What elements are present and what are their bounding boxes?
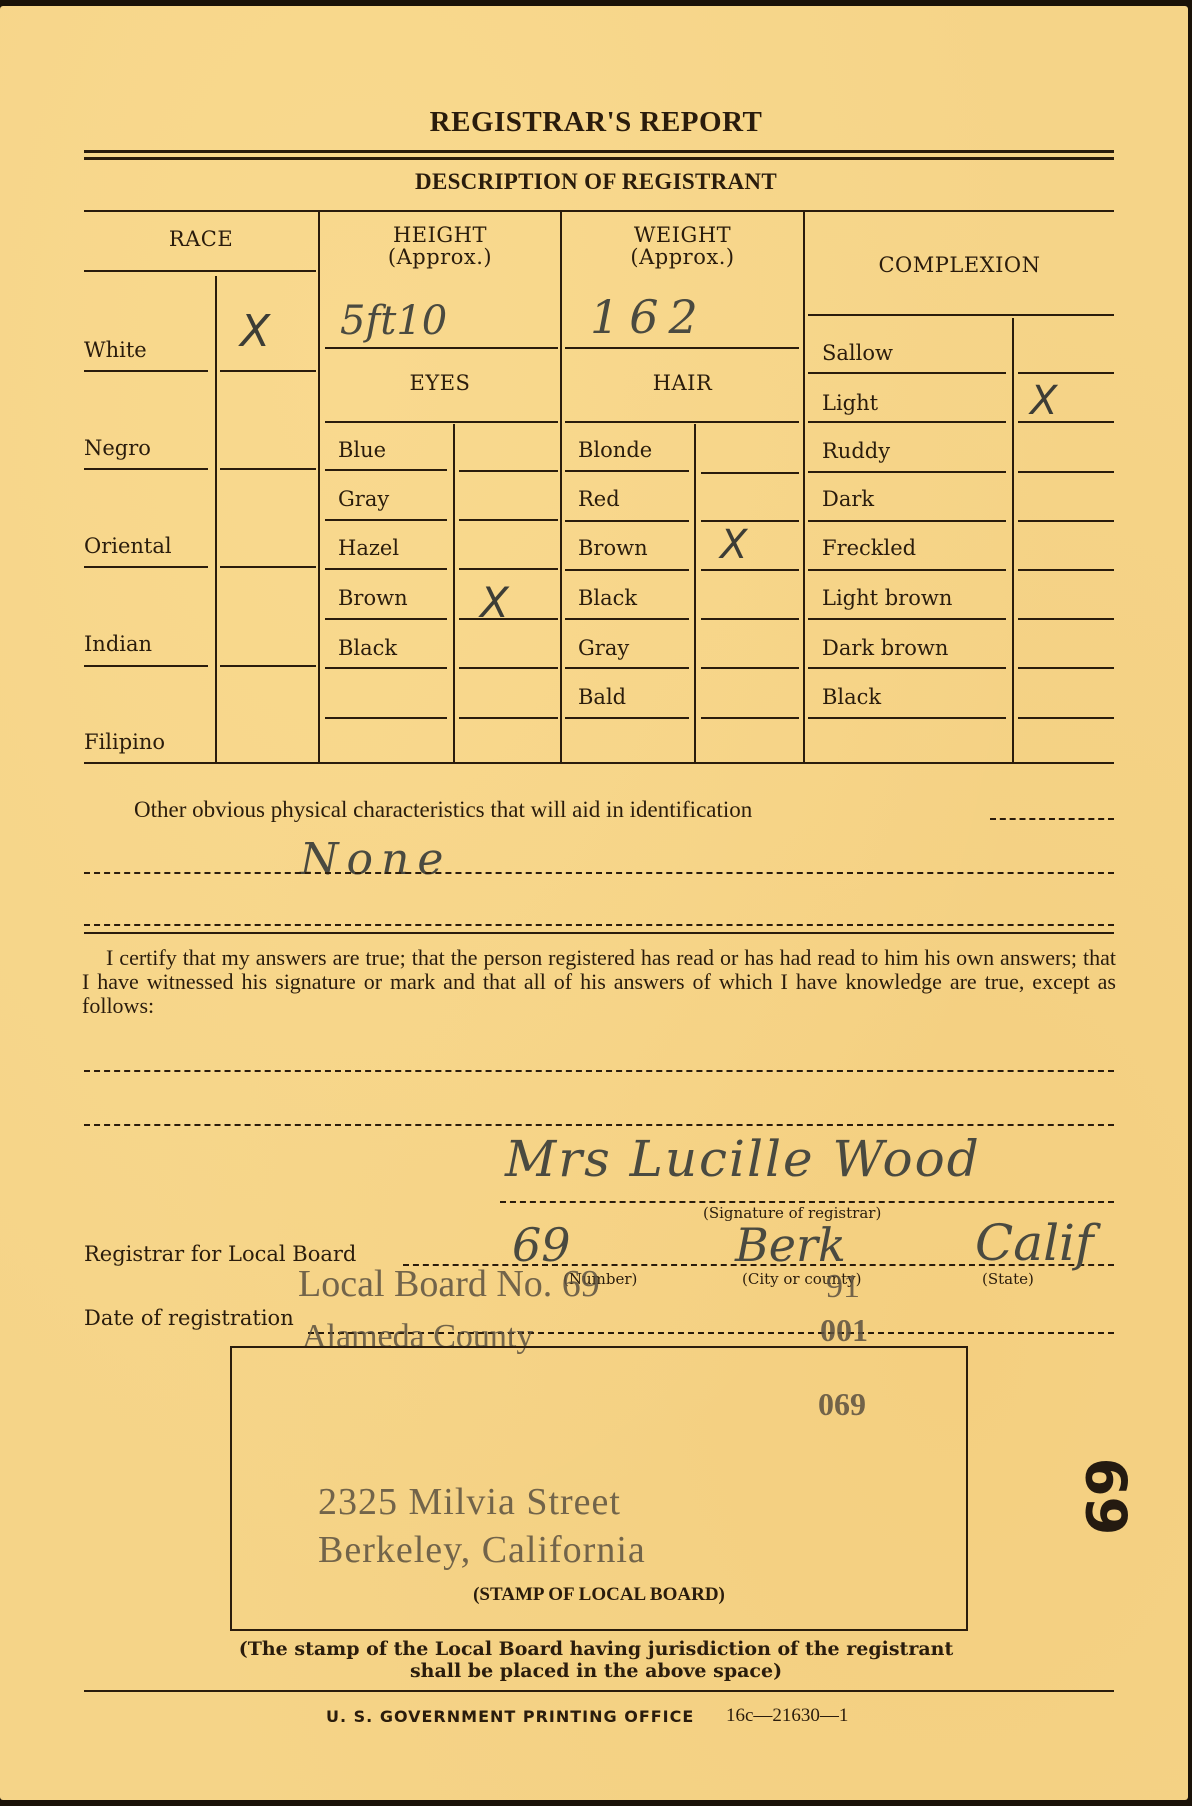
row-rule bbox=[808, 471, 1006, 473]
complexion-heading: COMPLEXION bbox=[805, 254, 1114, 276]
characteristics-dash-3 bbox=[84, 924, 1114, 926]
row-rule bbox=[220, 665, 316, 667]
race-option-negro: Negro bbox=[84, 436, 151, 460]
row-rule bbox=[1018, 471, 1114, 473]
eyes-option-blue: Blue bbox=[338, 438, 386, 462]
row-rule bbox=[84, 468, 208, 470]
hair-checkmark: X bbox=[720, 522, 747, 568]
weight-heading-label: WEIGHT bbox=[562, 224, 803, 246]
row-rule bbox=[808, 618, 1006, 620]
characteristics-value[interactable]: None bbox=[300, 834, 451, 885]
stamp-note: (The stamp of the Local Board having jur… bbox=[0, 1638, 1192, 1682]
row-rule bbox=[459, 717, 558, 719]
eyes-checkmark: X bbox=[480, 578, 509, 627]
weight-value: 162 bbox=[590, 290, 708, 344]
hair-heading: HAIR bbox=[562, 372, 803, 394]
race-option-white: White bbox=[84, 338, 147, 362]
stamp-address-line2: Berkeley, California bbox=[318, 1528, 646, 1572]
row-rule bbox=[565, 520, 689, 522]
row-rule bbox=[220, 468, 316, 470]
local-board-stamp: Local Board No. 69 bbox=[298, 1262, 600, 1306]
row-rule bbox=[325, 519, 447, 521]
date-label: Date of registration bbox=[84, 1306, 294, 1330]
race-heading: RACE bbox=[84, 228, 318, 250]
row-rule bbox=[565, 667, 689, 669]
eyes-option-hazel: Hazel bbox=[338, 536, 399, 560]
row-rule bbox=[325, 618, 447, 620]
height-value: 5ft10 bbox=[340, 298, 447, 344]
row-rule bbox=[1018, 520, 1114, 522]
row-rule bbox=[565, 569, 689, 571]
table-top-rule bbox=[84, 210, 1114, 212]
row-rule bbox=[808, 667, 1006, 669]
eyes-mark-divider bbox=[453, 424, 455, 762]
height-rule bbox=[325, 347, 558, 349]
hair-heading-rule bbox=[565, 421, 799, 423]
race-option-indian: Indian bbox=[84, 632, 152, 656]
row-rule bbox=[701, 472, 799, 474]
row-rule bbox=[808, 421, 1006, 423]
row-rule bbox=[325, 568, 447, 570]
row-rule bbox=[808, 717, 1006, 719]
stamp-box: 069 2325 Milvia Street Berkeley, Califor… bbox=[230, 1346, 968, 1631]
height-heading: HEIGHT (Approx.) bbox=[320, 224, 560, 268]
stamp-note-line2: shall be placed in the above space) bbox=[0, 1660, 1192, 1682]
stamp-code-069: 069 bbox=[818, 1386, 866, 1423]
stamp-box-caption: (STAMP OF LOCAL BOARD) bbox=[232, 1584, 966, 1606]
table-bottom-rule bbox=[84, 762, 1114, 764]
complexion-option-ruddy: Ruddy bbox=[822, 439, 890, 463]
row-rule bbox=[84, 665, 208, 667]
stamp-address-line1: 2325 Milvia Street bbox=[318, 1480, 621, 1524]
race-option-filipino: Filipino bbox=[84, 730, 165, 754]
eyes-heading-rule bbox=[325, 421, 558, 423]
side-number: 69 bbox=[1072, 1458, 1137, 1536]
row-rule bbox=[1018, 618, 1114, 620]
title-rule-bottom bbox=[84, 157, 1114, 160]
signature-line bbox=[500, 1201, 1114, 1203]
weight-heading: WEIGHT (Approx.) bbox=[562, 224, 803, 268]
hair-mark-divider bbox=[694, 424, 696, 762]
footer-printer: U. S. GOVERNMENT PRINTING OFFICE bbox=[326, 1707, 694, 1726]
characteristics-dash-2 bbox=[84, 872, 1114, 874]
complexion-option-light-brown: Light brown bbox=[822, 586, 952, 610]
footer-rule bbox=[84, 1690, 1114, 1692]
hair-option-bald: Bald bbox=[578, 685, 626, 709]
exceptions-dash-2 bbox=[84, 1124, 1114, 1126]
complexion-option-black: Black bbox=[822, 685, 881, 709]
complexion-heading-rule bbox=[808, 314, 1114, 316]
state-caption: (State) bbox=[982, 1270, 1034, 1288]
row-rule bbox=[808, 372, 1006, 374]
height-heading-label: HEIGHT bbox=[320, 224, 560, 246]
race-checkmark: X bbox=[240, 306, 270, 357]
row-rule bbox=[701, 717, 799, 719]
row-rule bbox=[84, 566, 208, 568]
row-rule bbox=[565, 470, 689, 472]
row-rule bbox=[220, 566, 316, 568]
row-rule bbox=[808, 520, 1006, 522]
row-rule bbox=[701, 569, 799, 571]
row-rule bbox=[1018, 717, 1114, 719]
row-rule bbox=[701, 667, 799, 669]
complexion-checkmark: X bbox=[1030, 378, 1057, 424]
section-rule bbox=[84, 932, 1114, 934]
hair-option-red: Red bbox=[578, 487, 620, 511]
row-rule bbox=[808, 569, 1006, 571]
stamp-code-91: 91 bbox=[826, 1268, 860, 1306]
row-rule bbox=[459, 470, 558, 472]
row-rule bbox=[325, 469, 447, 471]
complexion-option-sallow: Sallow bbox=[822, 341, 893, 365]
complexion-mark-divider bbox=[1012, 318, 1014, 762]
complexion-option-dark-brown: Dark brown bbox=[822, 636, 948, 660]
row-rule bbox=[565, 618, 689, 620]
state-value[interactable]: Calif bbox=[975, 1214, 1094, 1272]
race-mark-divider bbox=[215, 276, 217, 762]
divider-height-weight bbox=[560, 210, 562, 762]
characteristics-label: Other obvious physical characteristics t… bbox=[134, 798, 752, 822]
row-rule bbox=[325, 717, 447, 719]
row-rule bbox=[84, 370, 208, 372]
eyes-heading: EYES bbox=[320, 372, 560, 394]
race-heading-rule bbox=[84, 270, 316, 272]
hair-option-brown: Brown bbox=[578, 536, 648, 560]
hair-option-gray: Gray bbox=[578, 636, 629, 660]
hair-option-blonde: Blonde bbox=[578, 438, 652, 462]
row-rule bbox=[701, 520, 799, 522]
race-option-oriental: Oriental bbox=[84, 534, 172, 558]
registrar-signature[interactable]: Mrs Lucille Wood bbox=[505, 1130, 981, 1188]
stamp-code-001: 001 bbox=[820, 1312, 868, 1349]
weight-heading-sub: (Approx.) bbox=[562, 246, 803, 268]
row-rule bbox=[325, 667, 447, 669]
row-rule bbox=[565, 717, 689, 719]
row-rule bbox=[459, 519, 558, 521]
row-rule bbox=[459, 667, 558, 669]
registrar-report-card: REGISTRAR'S REPORT DESCRIPTION OF REGIST… bbox=[0, 6, 1188, 1800]
footer-form-code: 16c—21630—1 bbox=[726, 1705, 848, 1727]
hair-option-black: Black bbox=[578, 586, 637, 610]
row-rule bbox=[1018, 667, 1114, 669]
row-rule bbox=[1018, 372, 1114, 374]
characteristics-dash-1 bbox=[990, 818, 1114, 820]
eyes-option-gray: Gray bbox=[338, 487, 389, 511]
city-value[interactable]: Berk bbox=[735, 1218, 846, 1272]
row-rule bbox=[1018, 569, 1114, 571]
complexion-option-light: Light bbox=[822, 391, 878, 415]
row-rule bbox=[220, 370, 316, 372]
divider-race bbox=[318, 210, 320, 762]
page-title: REGISTRAR'S REPORT bbox=[0, 106, 1192, 139]
complexion-option-freckled: Freckled bbox=[822, 536, 916, 560]
title-rule-top bbox=[84, 150, 1114, 153]
weight-rule bbox=[565, 347, 799, 349]
stamp-note-line1: (The stamp of the Local Board having jur… bbox=[0, 1638, 1192, 1660]
certification-text: I certify that my answers are true; that… bbox=[82, 946, 1116, 1018]
exceptions-dash-1 bbox=[84, 1070, 1114, 1072]
section-title: DESCRIPTION OF REGISTRANT bbox=[0, 169, 1192, 195]
complexion-option-dark: Dark bbox=[822, 487, 874, 511]
divider-weight-complexion bbox=[803, 210, 805, 762]
eyes-option-black: Black bbox=[338, 636, 397, 660]
row-rule bbox=[701, 618, 799, 620]
eyes-option-brown: Brown bbox=[338, 586, 408, 610]
height-heading-sub: (Approx.) bbox=[320, 246, 560, 268]
row-rule bbox=[459, 568, 558, 570]
